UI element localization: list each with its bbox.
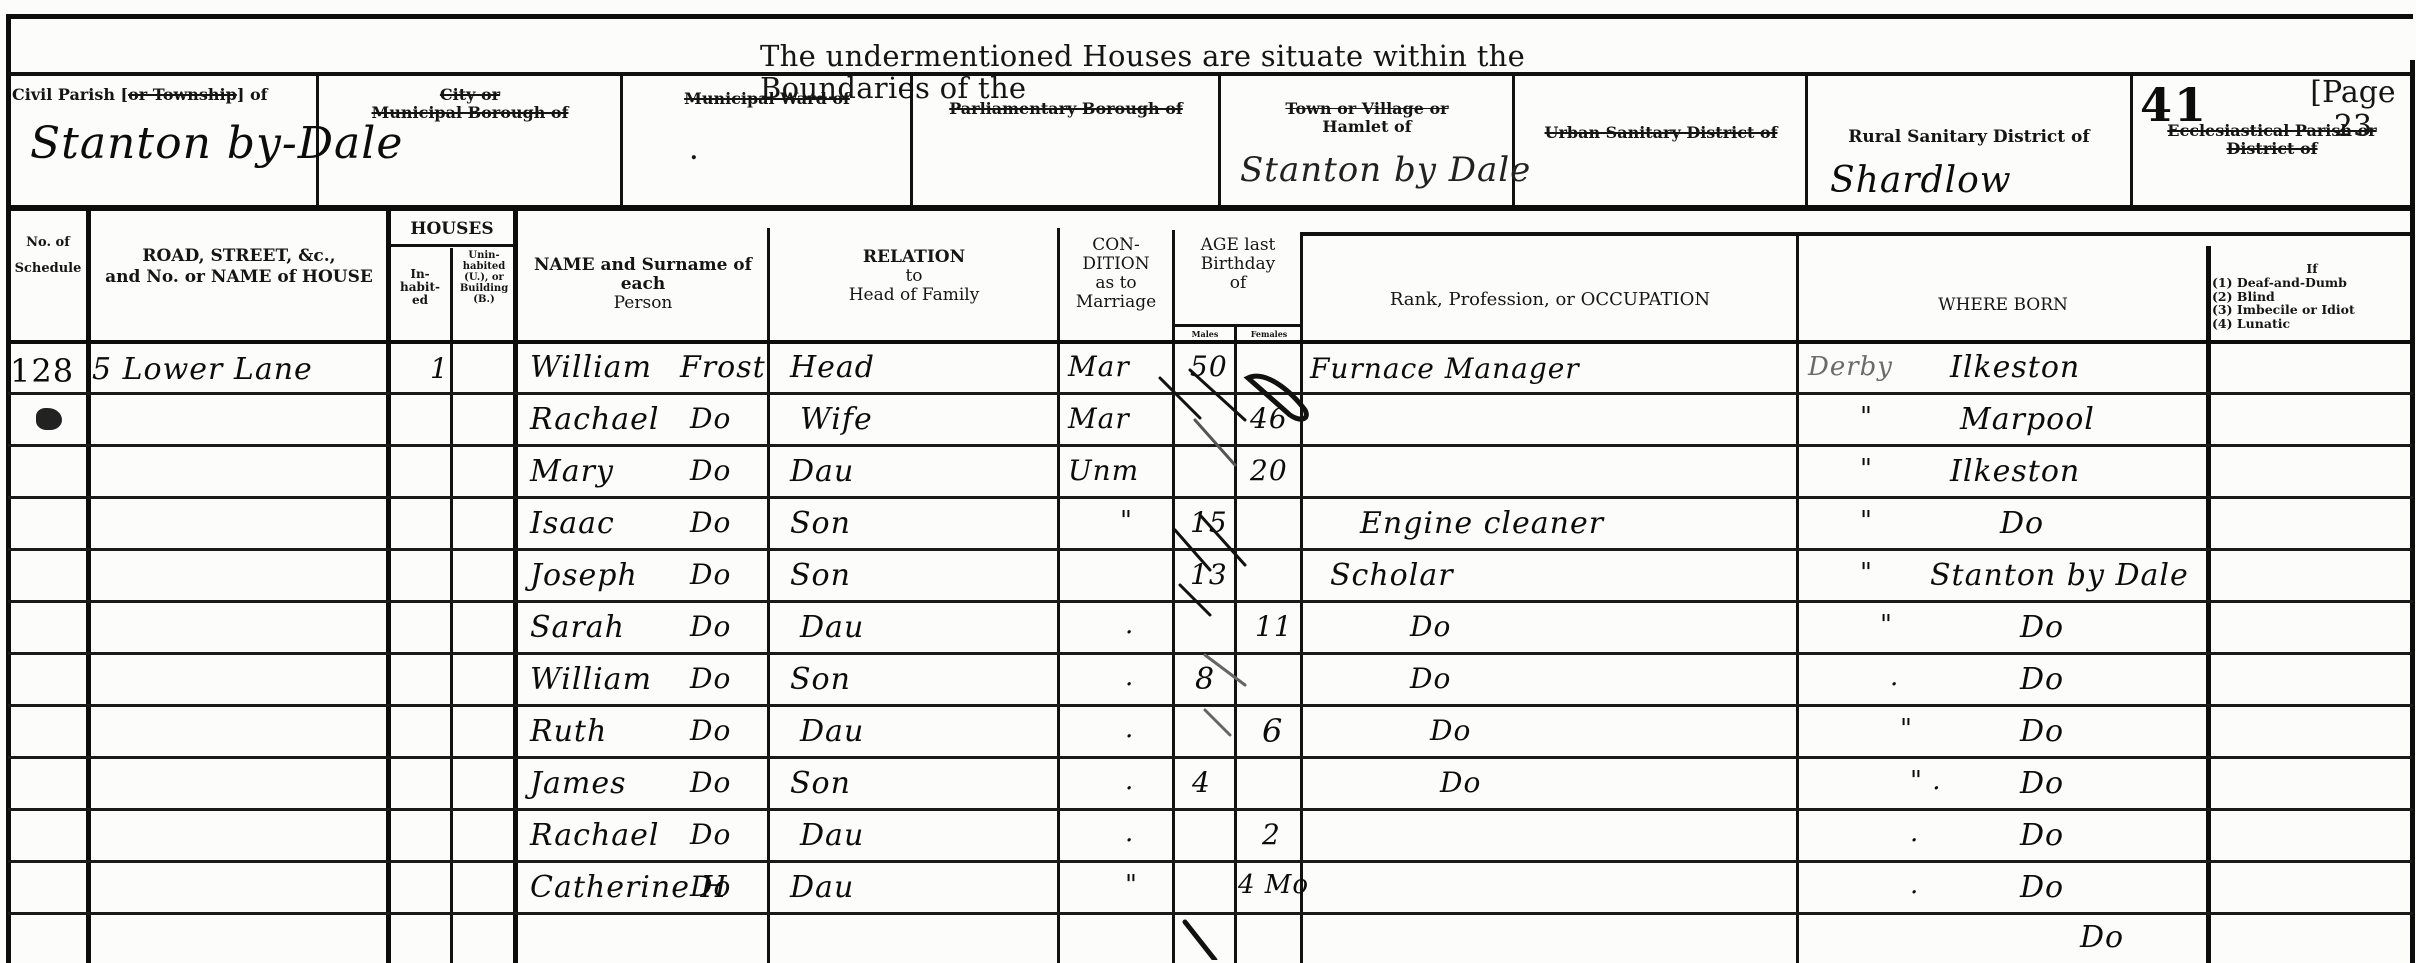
- person-first-name: Sarah: [530, 610, 625, 645]
- header-line: AGE last: [1175, 236, 1301, 255]
- col-houses-header: HOUSES: [390, 220, 514, 239]
- col-infirmity-header: If (1) Deaf-and-Dumb (2) Blind (3) Imbec…: [2212, 262, 2412, 331]
- person-relation: Son: [790, 766, 851, 801]
- person-born-place: Do: [2020, 870, 2064, 905]
- header-line: as to: [1060, 274, 1172, 293]
- town-village-value: Stanton by Dale: [1240, 150, 1531, 190]
- person-first-name: William: [530, 350, 652, 385]
- person-relation: Son: [790, 558, 851, 593]
- tally-marks-icon: [1100, 360, 1320, 960]
- header-line: of: [1175, 274, 1301, 293]
- person-occupation: Do: [1410, 610, 1451, 643]
- col-uninhabited-header: Unin- habited (U.), or Building (B.): [454, 250, 514, 305]
- person-born-place: Do: [2020, 714, 2064, 749]
- town-village-label: Town or Village or Hamlet of: [1222, 100, 1512, 135]
- col-females-header: Females: [1238, 330, 1300, 339]
- person-surname: Do: [690, 870, 731, 903]
- person-born-place: Marpool: [1960, 402, 2095, 437]
- header-line: (4) Lunatic: [2212, 317, 2412, 331]
- municipal-ward-value: .: [690, 140, 698, 164]
- top-border: [8, 14, 2413, 19]
- person-relation: Wife: [800, 402, 873, 437]
- person-surname: Frost: [680, 350, 766, 385]
- person-first-name: Rachael: [530, 818, 660, 853]
- label-line: District of: [2134, 140, 2410, 158]
- person-first-name: James: [530, 766, 627, 801]
- parliamentary-borough-label: Parliamentary Borough of: [914, 100, 1218, 118]
- person-occupation: Furnace Manager: [1310, 352, 1580, 385]
- header-line: (2) Blind: [2212, 290, 2412, 304]
- header-line: Schedule: [10, 262, 86, 276]
- col-schedule-header: No. of Schedule: [10, 236, 86, 277]
- person-born-place: Ilkeston: [1950, 454, 2080, 489]
- person-born-county: ": [1860, 402, 1873, 432]
- person-first-name: Mary: [530, 454, 614, 489]
- census-page: The undermentioned Houses are situate wi…: [0, 0, 2416, 963]
- age-rule: [1174, 324, 1301, 327]
- header-line: Head of Family: [770, 286, 1058, 305]
- person-surname: Do: [690, 558, 731, 591]
- header-line: (1) Deaf-and-Dumb: [2212, 276, 2412, 290]
- header-line: Person: [518, 294, 768, 313]
- header-line: CON-: [1060, 236, 1172, 255]
- person-born-place: Do: [2020, 610, 2064, 645]
- col-age-header: AGE last Birthday of: [1175, 236, 1301, 293]
- person-surname: Do: [690, 818, 731, 851]
- person-surname: Do: [690, 766, 731, 799]
- label-line: Hamlet of: [1222, 118, 1512, 136]
- header-line: ROAD, STREET, &c.,: [92, 246, 386, 267]
- header-line: If: [2212, 262, 2412, 276]
- person-born-place: Do: [2020, 662, 2064, 697]
- person-born-county: ": [1880, 610, 1893, 640]
- person-relation: Dau: [800, 818, 864, 853]
- ecclesiastical-label: Ecclesiastical Parish or District of: [2134, 122, 2410, 157]
- label-line: Ecclesiastical Parish or: [2134, 122, 2410, 140]
- person-relation: Dau: [790, 454, 854, 489]
- boundary-divider: [620, 76, 623, 206]
- col-inhabited-header: In- habit- ed: [390, 268, 450, 308]
- person-born-county: ": [1860, 558, 1873, 588]
- header-line: to: [770, 267, 1058, 286]
- person-born-place: Do: [2000, 506, 2044, 541]
- col-name-header: NAME and Surname of each Person: [518, 256, 768, 313]
- person-born-county: ": [1860, 454, 1873, 484]
- header-line: (3) Imbecile or Idiot: [2212, 303, 2412, 317]
- label-part: ] of: [237, 85, 268, 104]
- boundary-bottom-rule: [8, 205, 2413, 211]
- person-relation: Son: [790, 506, 851, 541]
- label-struck: or Township: [128, 85, 237, 104]
- person-first-name: Rachael: [530, 402, 660, 437]
- person-occupation: Do: [1410, 662, 1451, 695]
- person-relation: Dau: [800, 610, 864, 645]
- urban-sanitary-label: Urban Sanitary District of: [1516, 124, 1806, 142]
- person-born-county: ": [1900, 714, 1913, 744]
- col-males-header: Males: [1176, 330, 1234, 339]
- person-surname: Do: [690, 662, 731, 695]
- boundary-divider: [910, 76, 913, 206]
- header-line: NAME and Surname of each: [518, 256, 768, 294]
- person-surname: Do: [690, 610, 731, 643]
- person-relation: Head: [790, 350, 875, 385]
- person-occupation: Scholar: [1330, 558, 1454, 593]
- person-first-name: Ruth: [530, 714, 607, 749]
- rural-sanitary-label: Rural Sanitary District of: [1809, 128, 2129, 147]
- trailing-ditto: Do: [2080, 920, 2124, 955]
- boundary-top-rule: [8, 72, 2413, 76]
- person-born-county: .: [1890, 662, 1899, 692]
- col-road-header: ROAD, STREET, &c., and No. or NAME of HO…: [92, 246, 386, 289]
- col-relation-header: RELATION to Head of Family: [770, 248, 1058, 305]
- label-part: Civil Parish [: [12, 85, 128, 104]
- boundary-divider: [2130, 76, 2133, 206]
- city-borough-label: City or Municipal Borough of: [320, 86, 620, 121]
- label-line: Town or Village or: [1222, 100, 1512, 118]
- header-line: Birthday: [1175, 255, 1301, 274]
- person-surname: Do: [690, 714, 731, 747]
- person-surname: Do: [690, 506, 731, 539]
- header-line: DITION: [1060, 255, 1172, 274]
- col-condition-header: CON- DITION as to Marriage: [1060, 236, 1172, 312]
- boundary-divider: [1218, 76, 1221, 206]
- civil-parish-value: Stanton by-Dale: [30, 118, 403, 169]
- person-occupation: Do: [1430, 714, 1471, 747]
- header-line: No. of: [10, 236, 86, 250]
- header-rule: [1300, 232, 2412, 236]
- header-line: RELATION: [770, 248, 1058, 267]
- person-first-name: William: [530, 662, 652, 697]
- person-surname: Do: [690, 454, 731, 487]
- person-born-county: .: [1910, 870, 1919, 900]
- col-where-born-header: WHERE BORN: [1800, 296, 2206, 315]
- person-relation: Dau: [800, 714, 864, 749]
- person-born-place: Do: [2020, 766, 2064, 801]
- person-occupation: Engine cleaner: [1360, 506, 1604, 541]
- header-line: and No. or NAME of HOUSE: [92, 267, 386, 288]
- person-occupation: Do: [1440, 766, 1481, 799]
- person-first-name: Joseph: [530, 558, 638, 593]
- person-born-county: " .: [1910, 766, 1942, 796]
- person-relation: Dau: [790, 870, 854, 905]
- municipal-ward-label: Municipal Ward of: [624, 90, 910, 108]
- person-born-county: Derby: [1808, 352, 1893, 382]
- houses-rule: [388, 244, 514, 247]
- person-born-place: Do: [2020, 818, 2064, 853]
- rural-sanitary-value: Shardlow: [1830, 160, 2012, 201]
- person-born-place: Ilkeston: [1950, 350, 2080, 385]
- person-first-name: Isaac: [530, 506, 615, 541]
- person-born-county: .: [1910, 818, 1919, 848]
- person-born-county: ": [1860, 506, 1873, 536]
- person-born-place: Stanton by Dale: [1930, 558, 2189, 593]
- civil-parish-label: Civil Parish [or Township] of: [12, 86, 316, 104]
- label-line: City or: [320, 86, 620, 104]
- label-line: Municipal Borough of: [320, 104, 620, 122]
- col-occupation-header: Rank, Profession, or OCCUPATION: [1304, 290, 1796, 310]
- person-surname: Do: [690, 402, 731, 435]
- header-line: Marriage: [1060, 293, 1172, 312]
- person-relation: Son: [790, 662, 851, 697]
